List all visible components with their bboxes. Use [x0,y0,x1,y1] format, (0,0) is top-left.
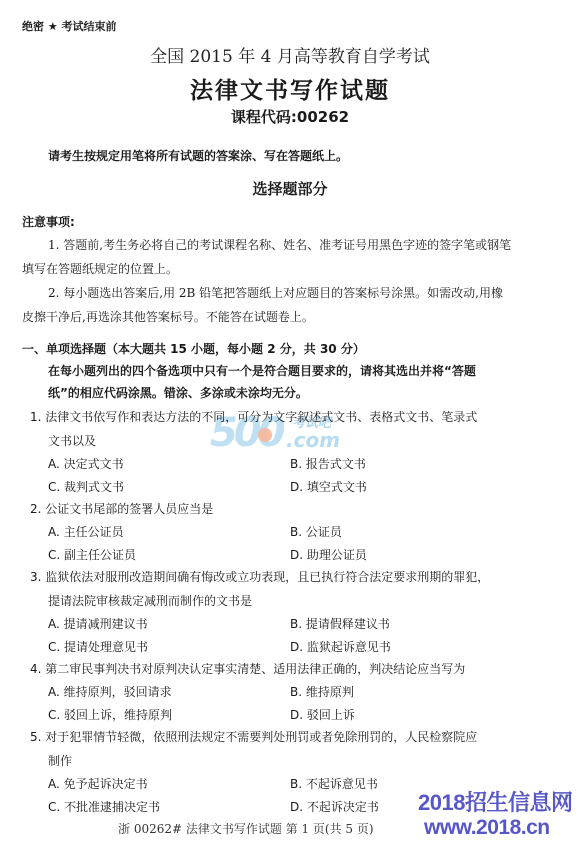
question-1-option-d: D. 填空式文书 [290,478,367,495]
subject-title: 法律文书写作试题 [0,72,580,105]
note-2-line1: 2. 每小题选出答案后,用 2B 铅笔把答题纸上对应题目的答案标号涂黑。如需改动… [48,284,503,301]
question-3-option-b: B. 提请假释建议书 [290,615,390,632]
watermark-dot-icon [258,428,272,442]
question-3-option-c: C. 提请处理意见书 [48,638,148,655]
question-2-option-c: C. 副主任公证员 [48,546,136,563]
question-3-line1: 3. 监狱依法对服刑改造期间确有悔改或立功表现，且已执行符合法定要求刑期的罪犯， [30,568,489,585]
question-1-option-b: B. 报告式文书 [290,455,366,472]
question-4-option-d: D. 驳回上诉 [290,706,355,723]
question-5-option-c: C. 不批准逮捕决定书 [48,798,160,815]
question-2-option-a: A. 主任公证员 [48,523,124,540]
answer-instruction: 请考生按规定用笔将所有试题的答案涂、写在答题纸上。 [48,147,348,164]
question-3-line2: 提请法院审核裁定减刑而制作的文书是 [48,592,252,609]
question-5-option-b: B. 不起诉意见书 [290,775,378,792]
question-3-option-a: A. 提请减刑建议书 [48,615,148,632]
question-1-line1: 1. 法律文书依写作和表达方法的不同，可分为文字叙述式文书、表格式文书、笔录式 [30,408,477,425]
question-4-option-c: C. 驳回上诉，维持原判 [48,706,172,723]
question-2-option-d: D. 助理公证员 [290,546,367,563]
brand-watermark-url: www.2018.cn [424,816,550,840]
note-1-line2: 填写在答题纸规定的位置上。 [22,260,178,277]
page-footer: 浙 00262# 法律文书写作试题 第 1 页(共 5 页) [118,820,374,837]
question-2-option-b: B. 公证员 [290,523,342,540]
question-5-line2: 制作 [48,752,72,769]
question-5-option-d: D. 不起诉决定书 [290,798,379,815]
course-code: 课程代码:00262 [0,106,580,127]
question-4-line1: 4. 第二审民事判决书对原判决认定事实清楚、适用法律正确的，判决结论应当写为 [30,660,465,677]
watermark-com-text: .com [286,428,340,452]
question-2-line1: 2. 公证文书尾部的签署人员应当是 [30,500,213,517]
confidential-label: 绝密 ★ 考试结束前 [22,18,117,34]
question-3-option-d: D. 监狱起诉意见书 [290,638,391,655]
question-5-line1: 5. 对于犯罪情节轻微，依照刑法规定不需要判处刑罚或者免除刑罚的，人民检察院应 [30,728,477,745]
question-1-line2: 文书以及 [48,432,96,449]
note-2-line2: 皮擦干净后,再选涂其他答案标号。不能答在试题卷上。 [22,308,314,325]
question-1-option-c: C. 裁判式文书 [48,478,124,495]
question-4-option-b: B. 维持原判 [290,683,354,700]
part-one-desc-line1: 在每小题列出的四个备选项中只有一个是符合题目要求的，请将其选出并将“答题 [48,362,476,379]
question-1-option-a: A. 决定式文书 [48,455,124,472]
brand-watermark-name: 2018招生信息网 [418,786,572,817]
exam-title: 全国 2015 年 4 月高等教育自学考试 [0,42,580,67]
question-5-option-a: A. 免予起诉决定书 [48,775,148,792]
section-title: 选择题部分 [0,178,580,199]
part-one-heading: 一、单项选择题（本大题共 15 小题，每小题 2 分，共 30 分） [22,340,365,357]
notes-heading: 注意事项: [22,213,75,230]
note-1-line1: 1. 答题前,考生务必将自己的考试课程名称、姓名、准考证号用黑色字迹的签字笔或钢… [48,236,511,253]
part-one-desc-line2: 纸”的相应代码涂黑。错涂、多涂或未涂均无分。 [48,384,308,401]
question-4-option-a: A. 维持原判，驳回请求 [48,683,172,700]
